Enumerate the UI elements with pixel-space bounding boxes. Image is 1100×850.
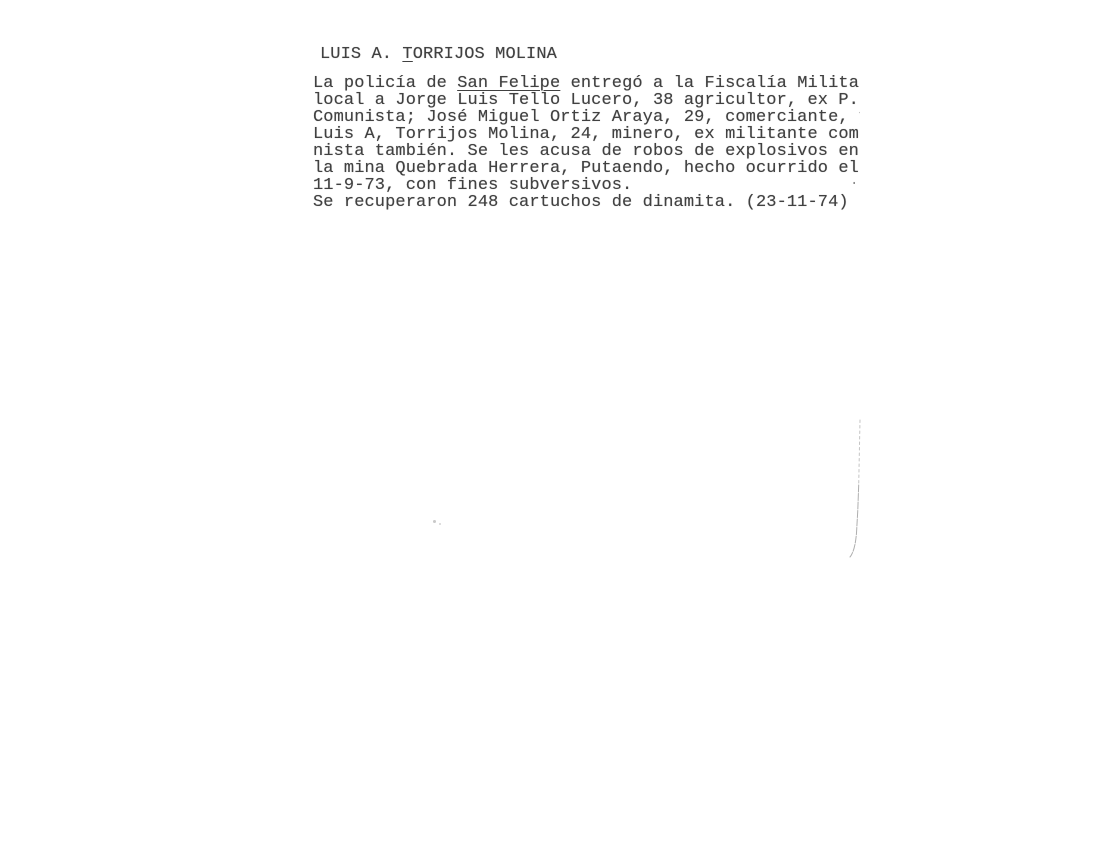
body-line-3: Comunista; José Miguel Ortiz Araya, 29, … (313, 109, 860, 126)
page-edge-scratch (840, 415, 870, 565)
title-underlined-letter: T (402, 45, 412, 64)
document-body: La policía de San Felipe entregó a la Fi… (313, 75, 860, 217)
body-line-1: La policía de San Felipe entregó a la Fi… (313, 75, 860, 92)
body-line-2: local a Jorge Luis Tello Lucero, 38 agri… (313, 92, 860, 109)
body-line-5: nista también. Se les acusa de robos de … (313, 143, 860, 160)
body-line-8: Se recuperaron 248 cartuchos de dinamita… (313, 194, 860, 211)
body-line-4: Luis A, Torrijos Molina, 24, minero, ex … (313, 126, 860, 143)
body-line-7: 11-9-73, con fines subversivos. (313, 177, 860, 194)
stray-ink-dot: · (850, 176, 858, 192)
title-text-pre: LUIS A. (320, 45, 402, 64)
smudge-mark (433, 520, 436, 523)
document-title: LUIS A. TORRIJOS MOLINA (320, 46, 557, 63)
smudge-mark (439, 523, 441, 525)
title-text-post: ORRIJOS MOLINA (413, 45, 557, 64)
scanned-document-page: LUIS A. TORRIJOS MOLINA La policía de Sa… (0, 0, 1100, 850)
body-line-6: la mina Quebrada Herrera, Putaendo, hech… (313, 160, 860, 177)
